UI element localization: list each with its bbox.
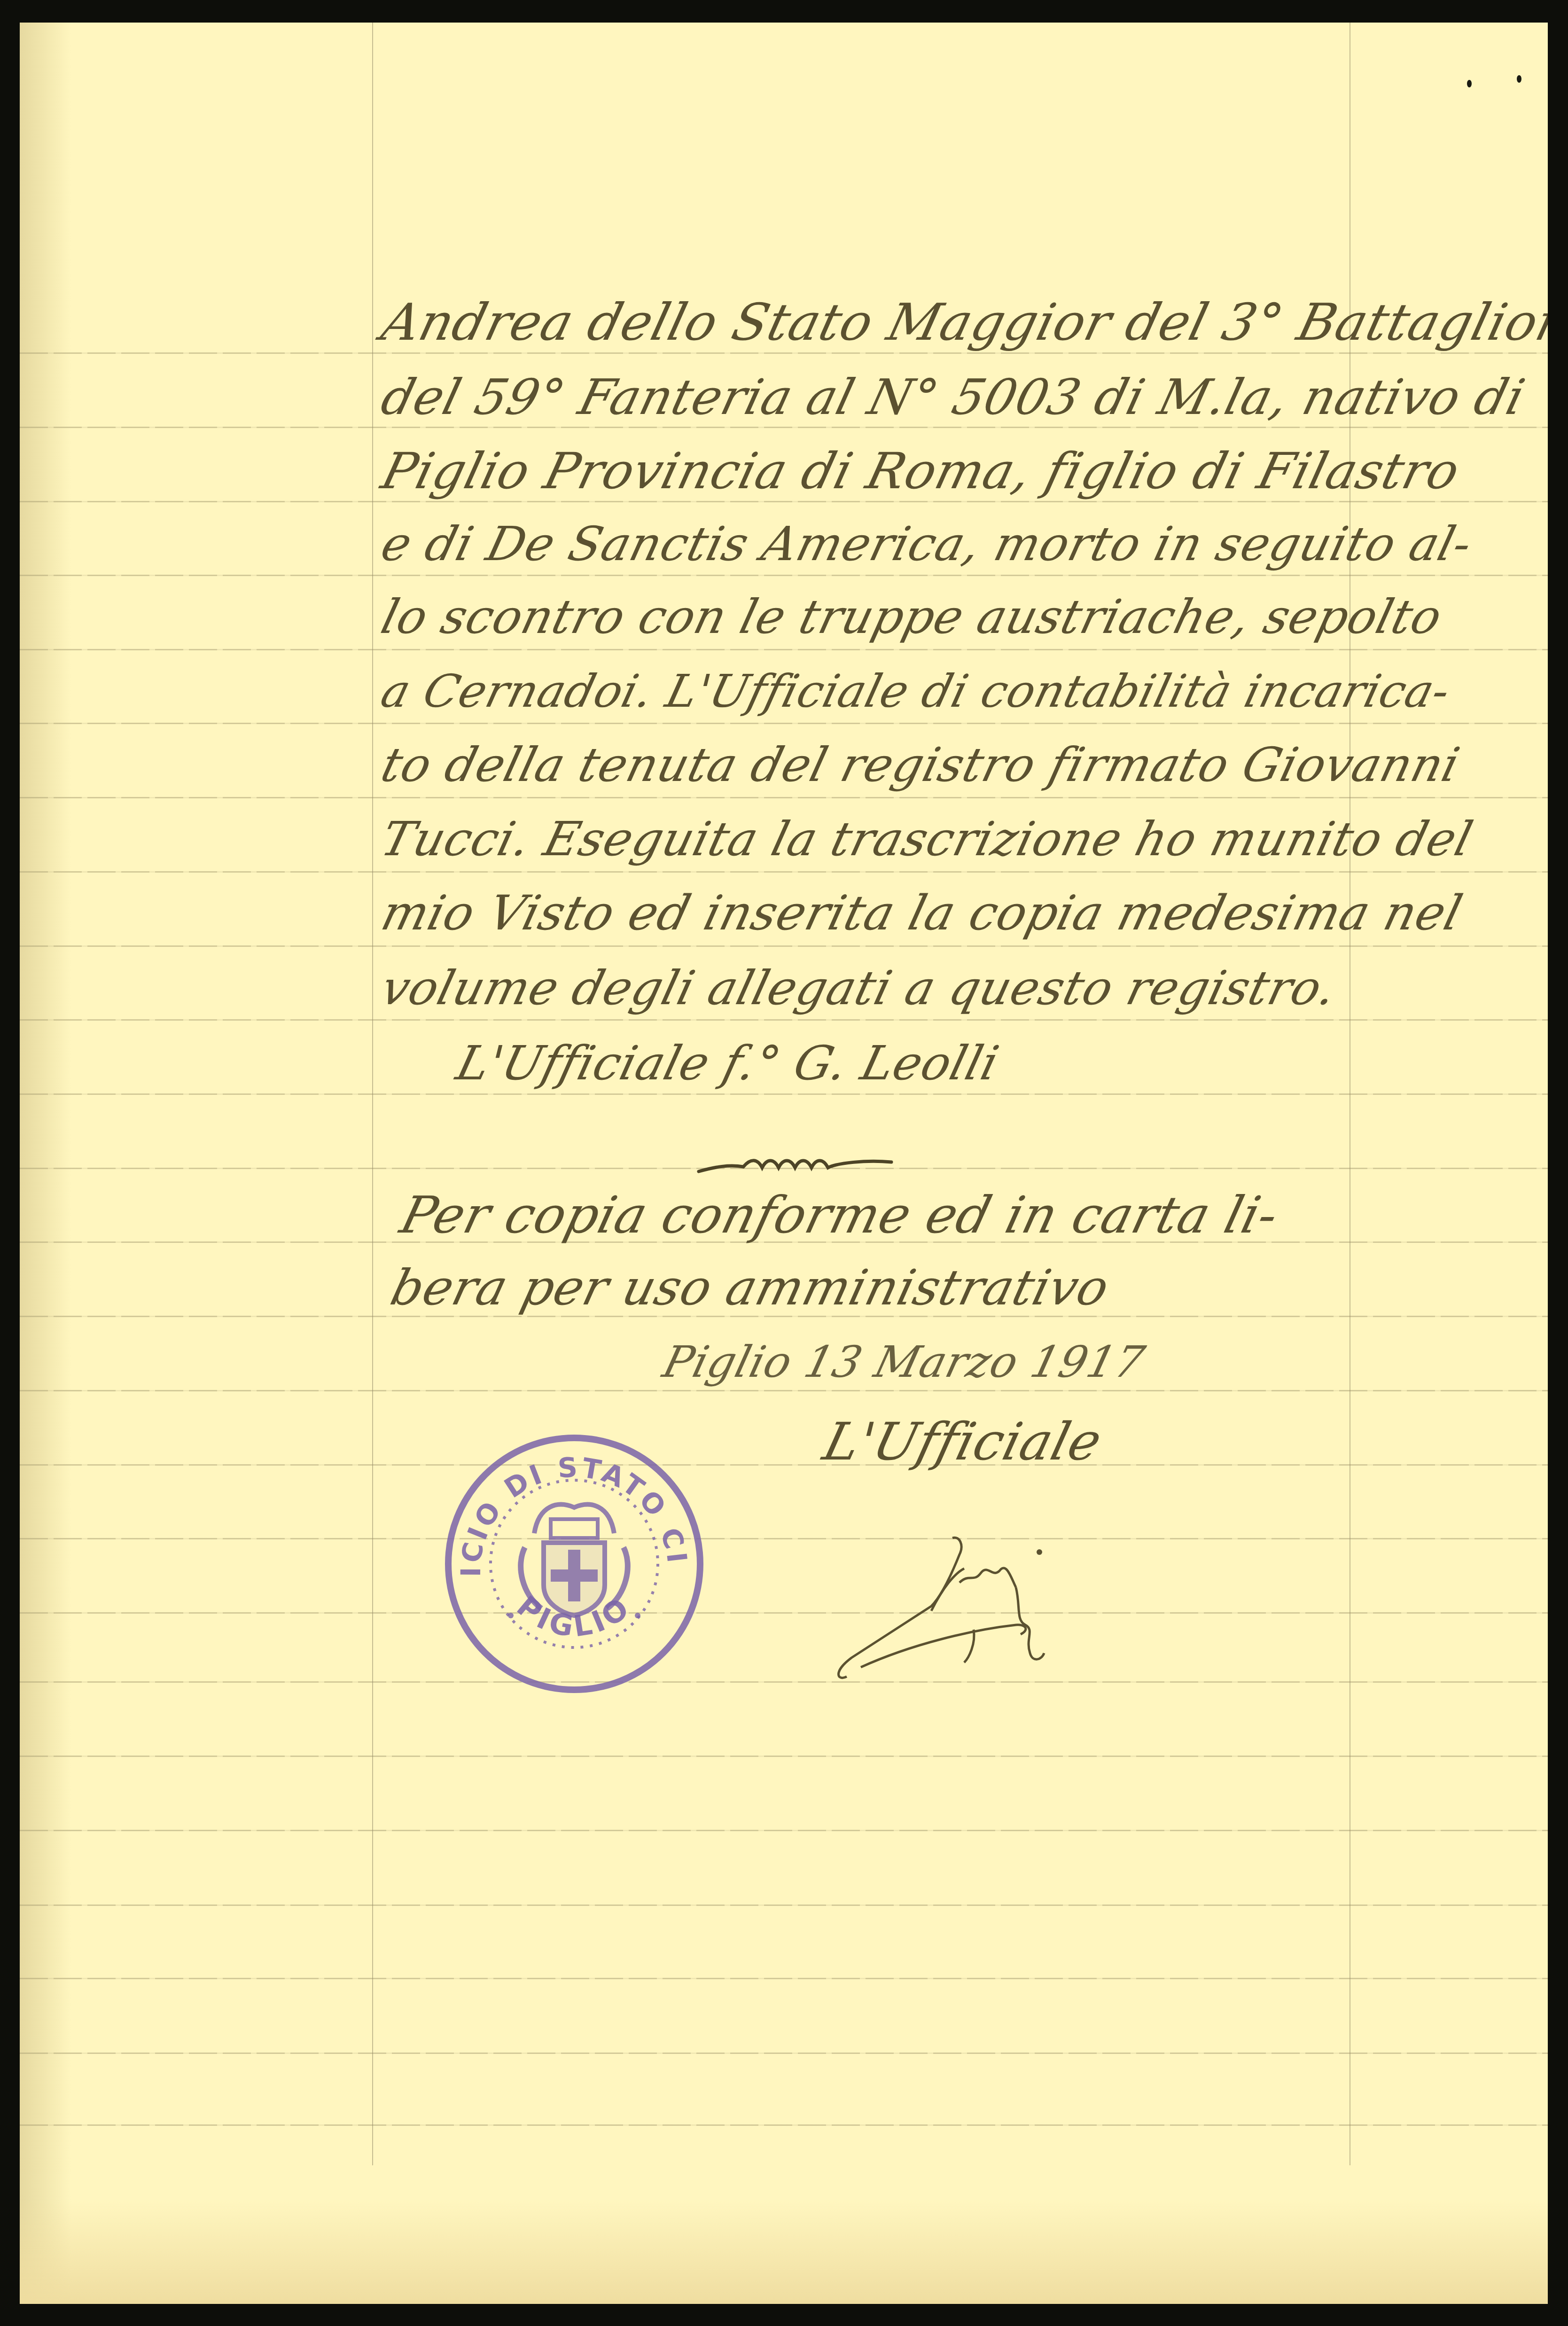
body-line-3: Piglio Provincia di Roma, figlio di Fila… — [377, 446, 1465, 496]
body-line-6: a Cernadoi. L'Ufficiale di contabilità i… — [377, 669, 1455, 714]
ruled-line — [20, 575, 1548, 576]
ruled-line — [20, 1464, 1548, 1466]
ruled-line — [20, 871, 1548, 873]
ruled-line — [20, 723, 1548, 724]
ruled-line — [20, 1978, 1548, 1979]
ruled-line — [20, 2053, 1548, 2054]
ruled-line — [20, 1905, 1548, 1906]
certification-line-1: Per copia conforme ed in carta li- — [396, 1190, 1283, 1241]
body-line-1: Andrea dello Stato Maggior del 3° Battag… — [377, 297, 1548, 348]
ruled-line — [20, 1019, 1548, 1021]
ink-dot — [1467, 80, 1472, 87]
ruled-line — [20, 1756, 1548, 1757]
separator-flourish — [696, 1153, 894, 1181]
ruled-line — [20, 1681, 1548, 1683]
place-date: Piglio 13 Marzo 1917 — [659, 1341, 1149, 1384]
ink-dot — [1517, 75, 1521, 83]
ruled-line — [20, 1093, 1548, 1095]
ruled-line — [20, 1390, 1548, 1391]
body-line-7: to della tenuta del registro firmato Gio… — [377, 742, 1464, 788]
ruled-line — [20, 1830, 1548, 1831]
ruled-line — [20, 1612, 1548, 1614]
ruled-line — [20, 945, 1548, 947]
body-line-10: volume degli allegati a questo registro. — [377, 965, 1341, 1012]
ruled-line — [20, 427, 1548, 428]
ruled-line — [20, 797, 1548, 798]
body-line-9: mio Visto ed inserita la copia medesima … — [377, 890, 1467, 937]
body-line-2: del 59° Fanteria al N° 5003 di M.la, nat… — [377, 373, 1529, 421]
svg-text:Giulj: Giulj — [960, 1584, 971, 1589]
ruled-line — [20, 352, 1548, 354]
transcriber-signature: L'Ufficiale f.° G. Leolli — [452, 1040, 1003, 1087]
ruled-line — [20, 501, 1548, 502]
body-line-4: e di De Sanctis America, morto in seguit… — [377, 521, 1476, 568]
closing-signature: Giulj — [819, 1517, 1082, 1686]
left-margin-line — [372, 23, 373, 2165]
document-page: Andrea dello Stato Maggior del 3° Battag… — [20, 23, 1548, 2304]
body-line-5: lo scontro con le truppe austriache, sep… — [377, 593, 1447, 640]
ruled-line — [20, 2124, 1548, 2126]
ruled-line — [20, 649, 1548, 650]
closing-title: L'Ufficiale — [819, 1416, 1107, 1467]
ruled-line — [20, 1538, 1548, 1539]
civil-registry-stamp: UFFICIO DI STATO CIVILE PIGLIO — [440, 1430, 708, 1698]
body-line-8: Tucci. Eseguita la trascrizione ho munit… — [377, 816, 1477, 863]
certification-line-2: bera per uso amministrativo — [386, 1263, 1114, 1312]
